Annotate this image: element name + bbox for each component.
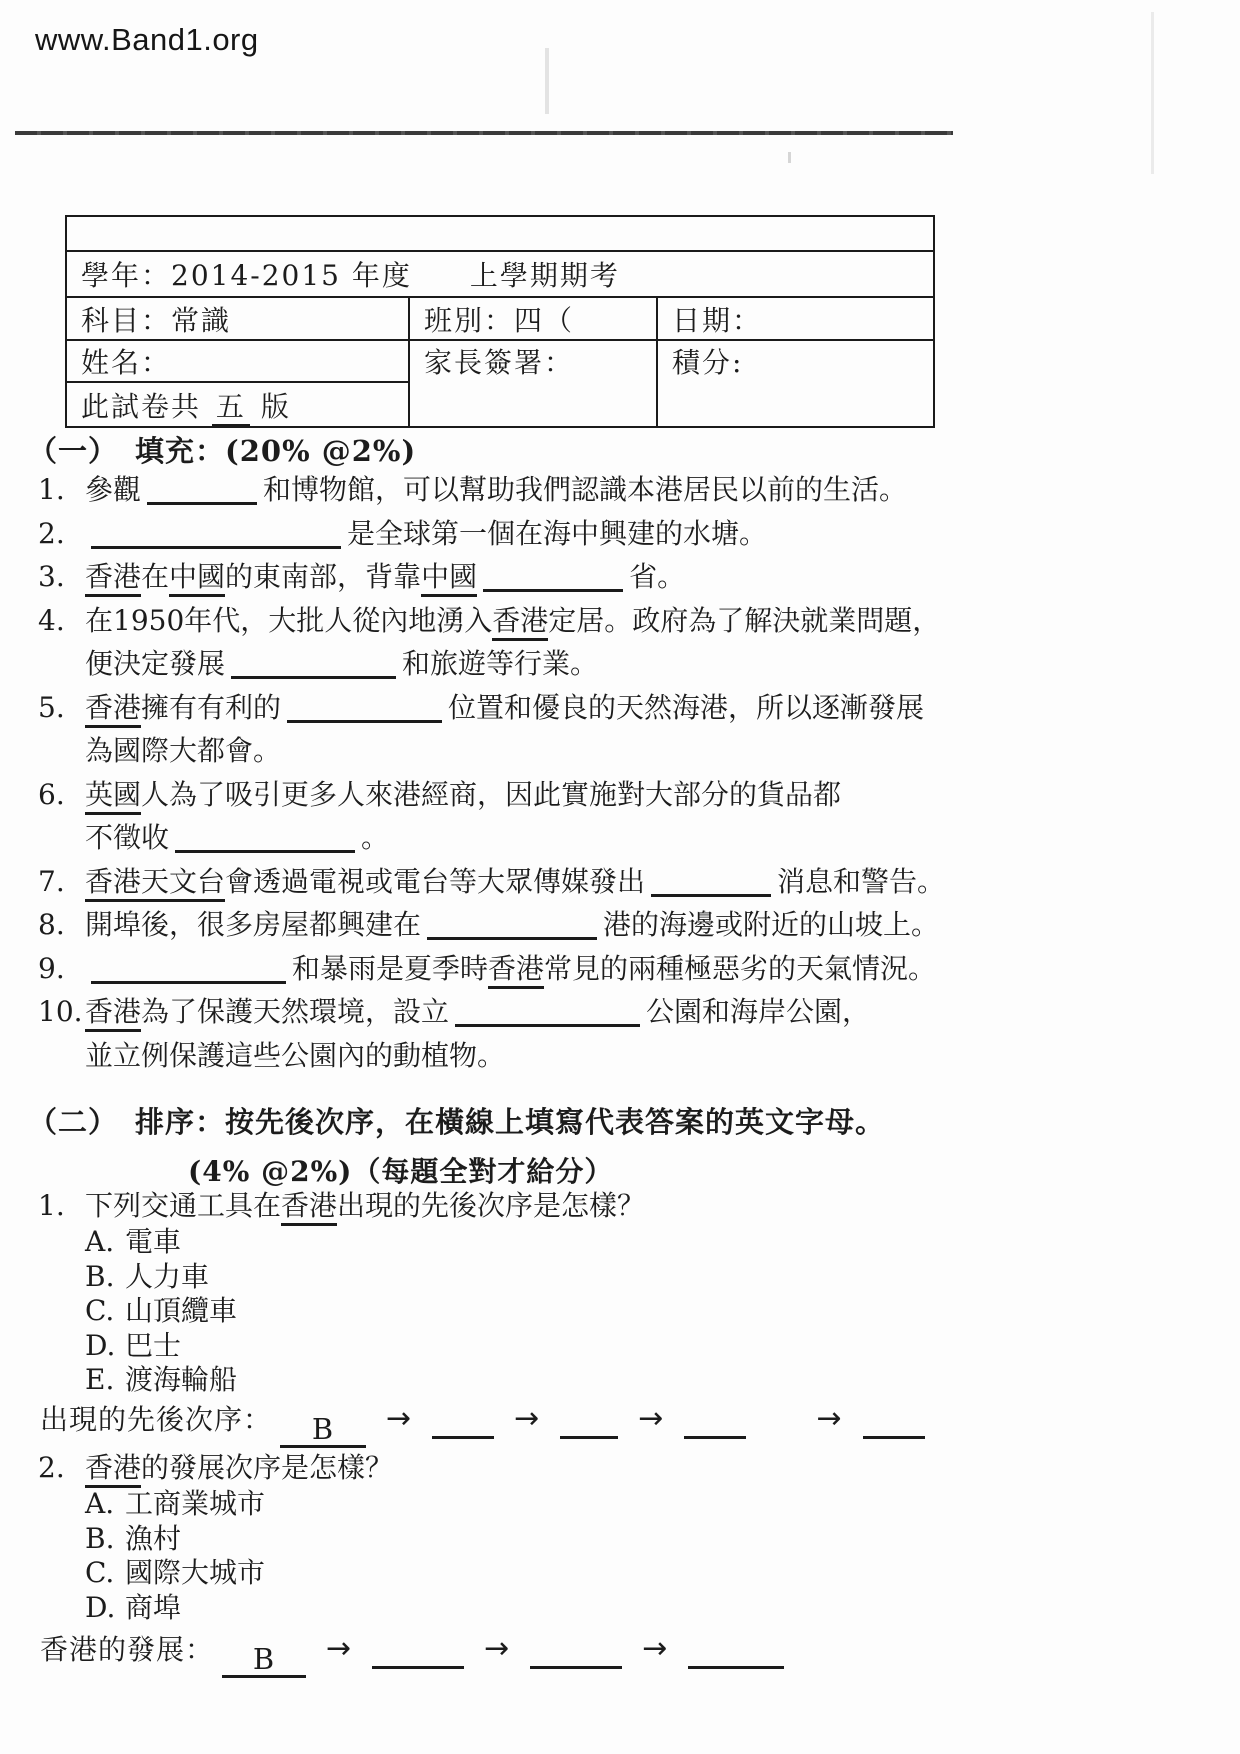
underlined-term: 中國	[169, 560, 225, 597]
exam-name-label: 上學期期考	[470, 259, 620, 292]
scan-artifact	[1151, 12, 1154, 174]
option-text: 商埠	[125, 1591, 181, 1624]
question-number: 6.	[38, 773, 65, 817]
question-number: 7.	[38, 860, 65, 904]
question-line: 7.香港天文台會透過電視或電台等大眾傳媒發出消息和警告。	[38, 860, 1218, 904]
question-text: 參觀	[85, 473, 141, 506]
option-line: C.國際大城市	[38, 1556, 1218, 1590]
score-label: 積分:	[672, 346, 743, 379]
question-text: 會透過電視或電台等大眾傳媒發出	[225, 865, 645, 898]
question-line: 6.英國人為了吸引更多人來港經商，因此實施對大部分的貨品都不徵收。	[38, 773, 1218, 860]
section2-question-1: 1.下列交通工具在香港出現的先後次序是怎樣？A.電車B.人力車C.山頂纜車D.巴…	[38, 1188, 1218, 1397]
question-text: 下列交通工具在	[85, 1189, 281, 1222]
section1-marker: （一）	[28, 434, 118, 468]
question-text: 。	[361, 821, 389, 854]
option-letter: D.	[85, 1329, 125, 1363]
question-text: 港的海邊或附近的山坡上。	[603, 908, 939, 941]
blank-line	[231, 650, 396, 679]
question-number: 3.	[38, 555, 65, 599]
question-line: 10.香港為了保護天然環境，設立公園和海岸公園，並立例保護這些公園內的動植物。	[38, 990, 1218, 1077]
question-line: 4.在1950年代，大批人從內地湧入香港定居。政府為了解決就業問題，便決定發展和…	[38, 599, 1218, 686]
option-text: 巴士	[125, 1329, 181, 1362]
option-letter: A.	[85, 1225, 125, 1259]
exam-header-table: 學年：2014-2015 年度上學期期考 科目：常識 班別：四（ ） 日期： 姓…	[65, 215, 935, 428]
section2-marker: （二）	[28, 1105, 118, 1139]
option-line: A.工商業城市	[38, 1487, 1218, 1521]
section2-title: 排序：按先後次序，在橫線上填寫代表答案的英文字母。	[135, 1105, 885, 1139]
question-text: 是全球第一個在海中興建的水塘。	[347, 517, 767, 550]
question-text: 的發展次序是怎樣？	[141, 1451, 393, 1484]
option-letter: C.	[85, 1556, 125, 1590]
answer-blank-line	[863, 1404, 925, 1439]
pages-note-prefix: 此試卷共	[81, 390, 201, 423]
option-text: 人力車	[125, 1260, 209, 1293]
underlined-term: 香港	[85, 1451, 141, 1488]
arrow-glyph: →	[638, 1401, 664, 1436]
date-cell: 日期：	[657, 297, 934, 340]
arrow-glyph: →	[816, 1401, 842, 1436]
question-text: 不徵收	[85, 821, 169, 854]
section2-question-2: 2.香港的發展次序是怎樣？A.工商業城市B.漁村C.國際大城市D.商埠	[38, 1450, 1218, 1624]
scan-artifact	[788, 152, 791, 163]
answer-blank-line	[530, 1634, 622, 1669]
name-label: 姓名：	[81, 346, 171, 379]
underlined-term: 香港	[85, 691, 141, 728]
option-line: B.漁村	[38, 1522, 1218, 1556]
empty-header-cell	[66, 216, 934, 251]
underlined-term: 香港	[85, 560, 141, 597]
section1-title: 填充：(20% @2%)	[135, 434, 416, 468]
question-line: 1.參觀和博物館，可以幫助我們認識本港居民以前的生活。	[38, 468, 1218, 512]
question-line: 3.香港在中國的東南部，背靠中國省。	[38, 555, 1218, 599]
question-text: 和暴雨是夏季時	[292, 952, 488, 985]
option-line: D.商埠	[38, 1591, 1218, 1625]
question-number: 8.	[38, 903, 65, 947]
section1-questions: 1.參觀和博物館，可以幫助我們認識本港居民以前的生活。2.是全球第一個在海中興建…	[38, 468, 1218, 1077]
option-letter: C.	[85, 1294, 125, 1328]
option-letter: B.	[85, 1522, 125, 1556]
question-text: 在1950年代，大批人從內地湧入	[85, 604, 492, 637]
answer-blank-line: B	[280, 1413, 366, 1448]
class-cell: 班別：四（ ）	[409, 297, 657, 340]
underlined-term: 香港	[85, 995, 141, 1032]
question-text: 的東南部，背靠	[225, 560, 421, 593]
blank-line	[91, 520, 341, 549]
underlined-term: 英國	[85, 778, 141, 815]
option-letter: B.	[85, 1260, 125, 1294]
question-line: 2.是全球第一個在海中興建的水塘。	[38, 512, 1218, 556]
answer-blank-line	[684, 1404, 746, 1439]
underlined-term: 香港	[492, 604, 548, 641]
answer-blank-line	[372, 1634, 464, 1669]
pages-note-suffix: 版	[261, 390, 291, 423]
question-number: 1.	[38, 1188, 65, 1224]
name-cell: 姓名：	[66, 340, 409, 382]
answer-letter: B	[253, 1646, 275, 1672]
question-text: 擁有有利的	[141, 691, 281, 724]
pages-note-cell: 此試卷共 五 版	[66, 382, 409, 427]
option-text: 工商業城市	[125, 1487, 265, 1520]
underlined-term: 香港	[281, 1189, 337, 1226]
question-number: 10.	[38, 990, 83, 1034]
question-number: 2.	[38, 512, 65, 556]
blank-line	[91, 955, 286, 984]
question-text: 公園和海岸公園，	[646, 995, 870, 1028]
blank-line	[483, 563, 623, 592]
school-year-label: 學年：2014-2015 年度	[81, 259, 412, 292]
arrow-glyph: →	[514, 1401, 540, 1436]
class-label: 班別：四（ ）	[424, 304, 657, 337]
section2-heading: （二）排序：按先後次序，在橫線上填寫代表答案的英文字母。	[28, 1100, 885, 1141]
underlined-term: 香港天文台	[85, 865, 225, 902]
option-line: D.巴士	[38, 1329, 1218, 1363]
option-line: B.人力車	[38, 1260, 1218, 1294]
option-text: 山頂纜車	[125, 1294, 237, 1327]
question-line: 1.下列交通工具在香港出現的先後次序是怎樣？	[38, 1188, 1218, 1224]
pages-note-value: 五	[212, 390, 250, 427]
option-letter: E.	[85, 1363, 125, 1397]
option-letter: A.	[85, 1487, 125, 1521]
question-text: 消息和警告。	[777, 865, 945, 898]
section2-subheading: (4% @2%)（每題全對才給分）	[188, 1150, 613, 1190]
question-text: 在	[141, 560, 169, 593]
arrow-glyph: →	[386, 1401, 412, 1436]
blank-line	[427, 911, 597, 940]
divider-line	[15, 131, 953, 135]
question-text: 省。	[629, 560, 685, 593]
option-text: 國際大城市	[125, 1556, 265, 1589]
question-text: 人為了吸引更多人來港經商，因此實施對大部分的貨品都	[141, 778, 841, 811]
question-text: 定居。政府為了解決就業問題，	[548, 604, 940, 637]
answer-blank-line: B	[222, 1643, 306, 1678]
date-label: 日期：	[672, 304, 762, 337]
arrow-glyph: →	[484, 1631, 510, 1666]
underlined-term: 中國	[421, 560, 477, 597]
option-line: A.電車	[38, 1225, 1218, 1259]
question-text: 為國際大都會。	[85, 734, 281, 767]
option-line: E.渡海輪船	[38, 1363, 1218, 1397]
question-number: 9.	[38, 947, 65, 991]
question-text: 和博物館，可以幫助我們認識本港居民以前的生活。	[263, 473, 907, 506]
answer-blank-line	[560, 1404, 618, 1439]
site-watermark: www.Band1.org	[35, 22, 259, 58]
option-text: 渡海輪船	[125, 1363, 237, 1396]
scanned-exam-page: www.Band1.org 學年：2014-2015 年度上學期期考 科目：常識…	[0, 0, 1240, 1754]
underlined-term: 香港	[488, 952, 544, 989]
blank-line	[651, 868, 771, 897]
school-year-cell: 學年：2014-2015 年度上學期期考	[66, 251, 934, 297]
arrow-glyph: →	[326, 1631, 352, 1666]
parent-signature-label: 家長簽署：	[424, 346, 574, 379]
answer-blank-line	[432, 1404, 494, 1439]
score-cell: 積分:	[657, 340, 934, 427]
subject-label: 科目：常識	[81, 304, 231, 337]
option-text: 電車	[125, 1225, 181, 1258]
subject-cell: 科目：常識	[66, 297, 409, 340]
blank-line	[455, 998, 640, 1027]
question-line: 8.開埠後，很多房屋都興建在港的海邊或附近的山坡上。	[38, 903, 1218, 947]
question-text: 開埠後，很多房屋都興建在	[85, 908, 421, 941]
question-text: 並立例保護這些公園內的動植物。	[85, 1039, 505, 1072]
answer-letter: B	[312, 1416, 334, 1442]
answer-label: 出現的先後次序：	[40, 1403, 272, 1436]
question-number: 5.	[38, 686, 65, 730]
parent-signature-cell: 家長簽署：	[409, 340, 657, 427]
answer-blank-line	[688, 1634, 784, 1669]
answer-label: 香港的發展：	[40, 1633, 214, 1666]
section2-answer-line-1: 出現的先後次序：B→→→→	[40, 1398, 933, 1448]
question-text: 便決定發展	[85, 647, 225, 680]
blank-line	[147, 476, 257, 505]
question-line: 2.香港的發展次序是怎樣？	[38, 1450, 1218, 1486]
option-line: C.山頂纜車	[38, 1294, 1218, 1328]
arrow-glyph: →	[642, 1631, 668, 1666]
blank-line	[175, 824, 355, 853]
section1-heading: （一）填充：(20% @2%)	[28, 429, 416, 470]
question-line: 9.和暴雨是夏季時香港常見的兩種極惡劣的天氣情況。	[38, 947, 1218, 991]
question-text: 為了保護天然環境，設立	[141, 995, 449, 1028]
option-text: 漁村	[125, 1522, 181, 1555]
question-text: 常見的兩種極惡劣的天氣情況。	[544, 952, 936, 985]
question-text: 和旅遊等行業。	[402, 647, 598, 680]
blank-line	[287, 694, 442, 723]
question-text: 出現的先後次序是怎樣？	[337, 1189, 645, 1222]
option-letter: D.	[85, 1591, 125, 1625]
question-number: 4.	[38, 599, 65, 643]
section2-answer-line-2: 香港的發展：B→→→	[40, 1628, 792, 1678]
question-number: 1.	[38, 468, 65, 512]
scan-artifact	[545, 48, 549, 114]
question-number: 2.	[38, 1450, 65, 1486]
question-line: 5.香港擁有有利的位置和優良的天然海港，所以逐漸發展為國際大都會。	[38, 686, 1218, 773]
question-text: 位置和優良的天然海港，所以逐漸發展	[448, 691, 924, 724]
